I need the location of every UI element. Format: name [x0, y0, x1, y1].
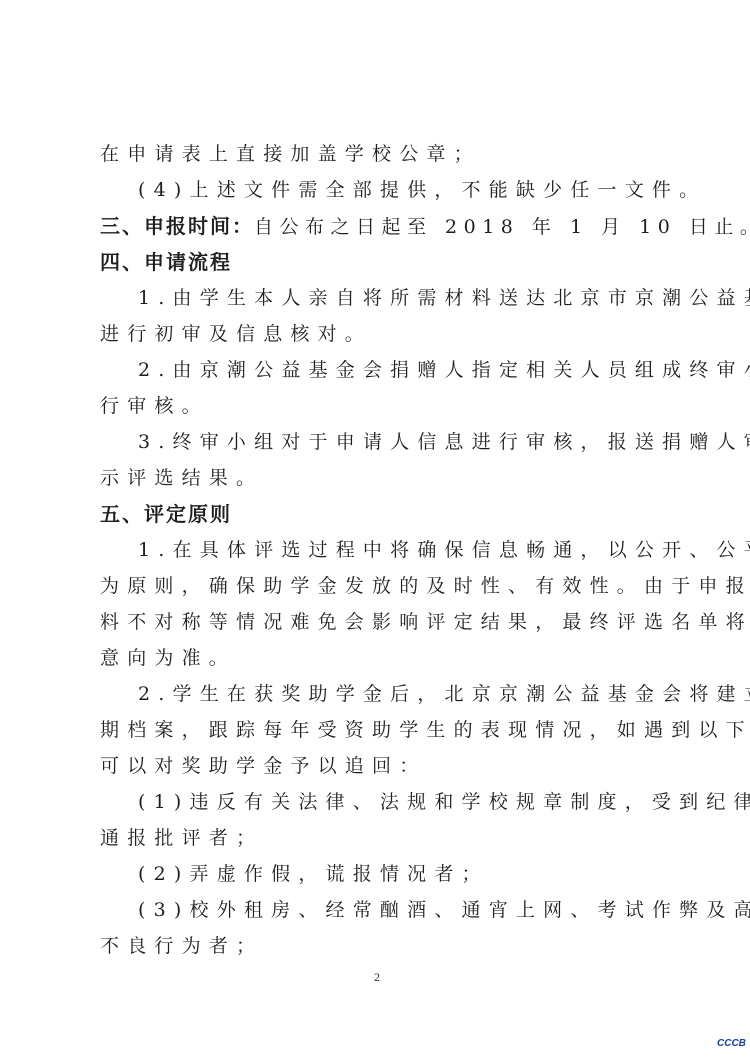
text-line: 2.由京潮公益基金会捐赠人指定相关人员组成终审小组进 [100, 352, 660, 388]
section-heading-application-process: 四、申请流程 [100, 244, 660, 280]
text-line: 行审核。 [100, 388, 660, 424]
text-line: 示评选结果。 [100, 460, 660, 496]
text-line: 料不对称等情况难免会影响评定结果，最终评选名单将以捐赠人 [100, 604, 660, 640]
text-line: (2)弄虚作假，谎报情况者； [100, 856, 660, 892]
text-line: 2.学生在获奖助学金后，北京京潮公益基金会将建立学生长 [100, 676, 660, 712]
section-heading-application-time: 三、申报时间：自公布之日起至 2018 年 1 月 10 日止。 [100, 208, 660, 244]
text-line: 3.终审小组对于申请人信息进行审核，报送捐赠人审批后公 [100, 424, 660, 460]
section-heading-evaluation-principles: 五、评定原则 [100, 496, 660, 532]
text-line: 进行初审及信息核对。 [100, 316, 660, 352]
text-line: 可以对奖助学金予以追回： [100, 748, 660, 784]
text-line: 不良行为者； [100, 928, 660, 964]
text-line: (4)上述文件需全部提供，不能缺少任一文件。 [100, 172, 660, 208]
text-line: 为原则，确保助学金发放的及时性、有效性。由于申报信息、资 [100, 568, 660, 604]
text-line: (1)违反有关法律、法规和学校规章制度，受到纪律处分者和 [100, 784, 660, 820]
text-line: 1.由学生本人亲自将所需材料送达北京市京潮公益基金会， [100, 280, 660, 316]
text-line: 意向为准。 [100, 640, 660, 676]
heading-value: 自公布之日起至 2018 年 1 月 10 日止。 [254, 216, 750, 238]
text-line: 在申请表上直接加盖学校公章； [100, 136, 660, 172]
document-page: 在申请表上直接加盖学校公章； (4)上述文件需全部提供，不能缺少任一文件。 三、… [100, 136, 660, 964]
text-line: 1.在具体评选过程中将确保信息畅通，以公开、公平、公正 [100, 532, 660, 568]
watermark-logo: CCCB [717, 1038, 746, 1049]
text-line: (3)校外租房、经常酗酒、通宵上网、考试作弊及高额消费等 [100, 892, 660, 928]
heading-label: 三、申报时间： [100, 214, 254, 238]
text-line: 期档案，跟踪每年受资助学生的表现情况，如遇到以下违规行为， [100, 712, 660, 748]
text-line: 通报批评者； [100, 820, 660, 856]
page-number: 2 [374, 970, 380, 985]
